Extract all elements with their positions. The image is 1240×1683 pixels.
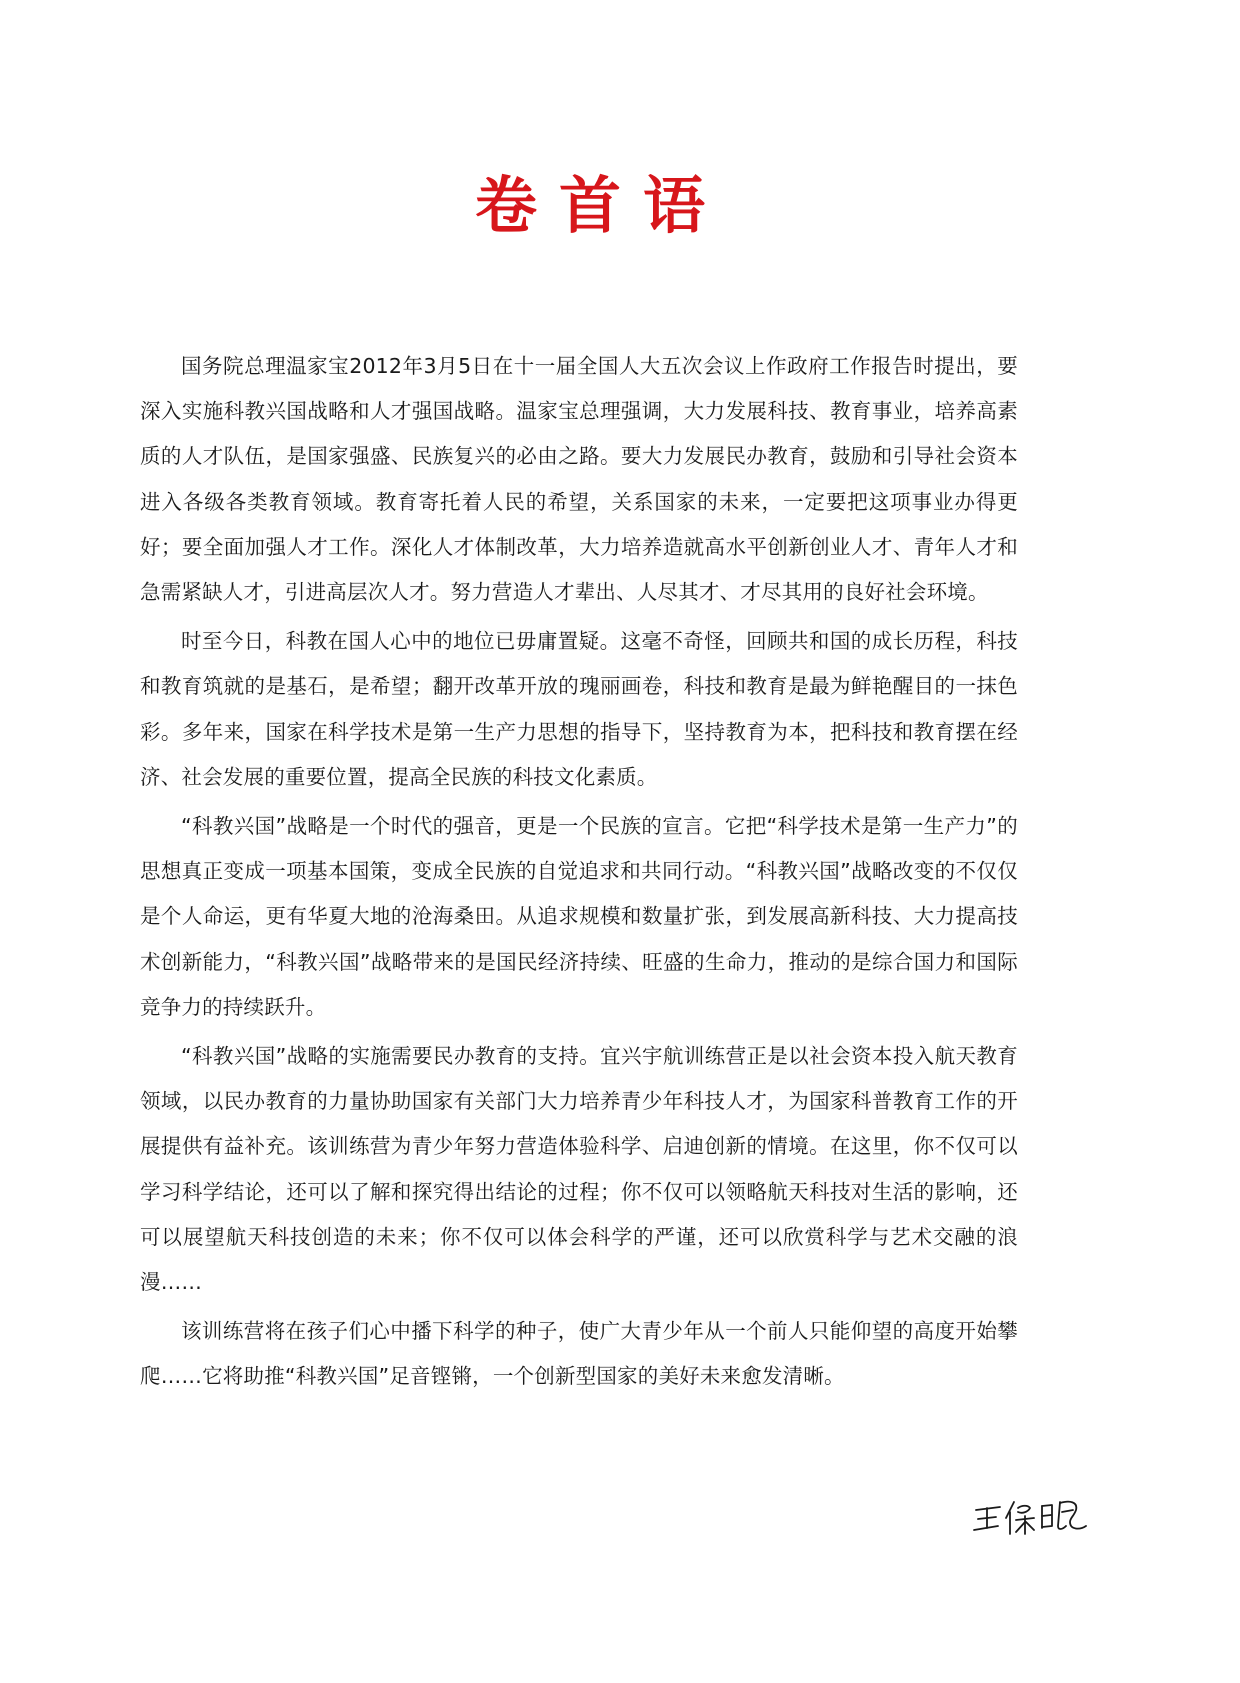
paragraph-5: 该训练营将在孩子们心中播下科学的种子，使广大青少年从一个前人只能仰望的高度开始攀…: [140, 1309, 1018, 1399]
paragraph-2: 时至今日，科教在国人心中的地位已毋庸置疑。这毫不奇怪，回顾共和国的成长历程，科技…: [140, 619, 1018, 800]
page-title: 卷首语: [0, 168, 1180, 244]
paragraph-4: “科教兴国”战略的实施需要民办教育的支持。宜兴宇航训练营正是以社会资本投入航天教…: [140, 1034, 1018, 1305]
document-body: 国务院总理温家宝2012年3月5日在十一届全国人大五次会议上作政府工作报告时提出…: [140, 344, 1018, 1404]
paragraph-3: “科教兴国”战略是一个时代的强音，更是一个民族的宣言。它把“科学技术是第一生产力…: [140, 804, 1018, 1030]
paragraph-1: 国务院总理温家宝2012年3月5日在十一届全国人大五次会议上作政府工作报告时提出…: [140, 344, 1018, 615]
signature-icon: [970, 1488, 1110, 1548]
handwritten-signature: [970, 1488, 1110, 1548]
